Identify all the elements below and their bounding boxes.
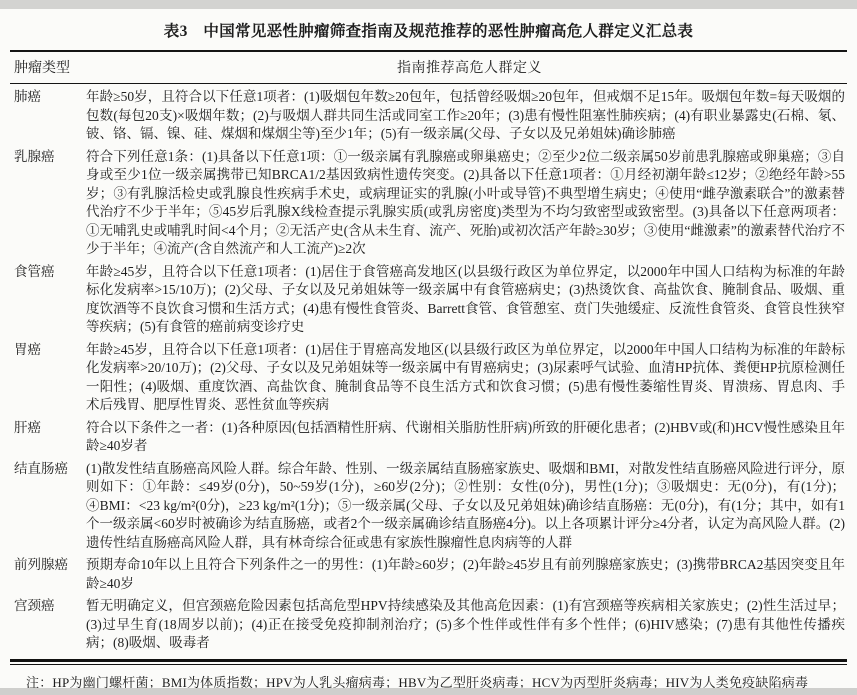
header-definition: 指南推荐高危人群定义: [92, 57, 847, 77]
table-page: 表3 中国常见恶性肿瘤筛查指南及规范推荐的恶性肿瘤高危人群定义汇总表 肿瘤类型 …: [0, 0, 857, 691]
tumor-type-cell: 肺癌: [10, 88, 86, 144]
tumor-type-cell: 食管癌: [10, 263, 86, 337]
definition-cell: 年龄≥50岁，且符合以下任意1项者：(1)吸烟包年数≥20包年，包括曾经吸烟≥2…: [86, 88, 847, 144]
table-header-row: 肿瘤类型 指南推荐高危人群定义: [10, 52, 847, 84]
tumor-type-cell: 宫颈癌: [10, 597, 86, 653]
table-body: 肺癌 年龄≥50岁，且符合以下任意1项者：(1)吸烟包年数≥20包年，包括曾经吸…: [10, 84, 847, 659]
tumor-type-cell: 结直肠癌: [10, 460, 86, 553]
table-row-colorectal-cancer: 结直肠癌 (1)散发性结直肠癌高风险人群。综合年龄、性别、一级亲属结直肠癌家族史…: [10, 460, 847, 553]
definition-cell: 年龄≥45岁，且符合以下任意1项者：(1)居住于食管癌高发地区(以县级行政区为单…: [86, 263, 847, 337]
definition-cell: 符合下列任意1条：(1)具备以下任意1项：①一级亲属有乳腺癌或卵巢癌史；②至少2…: [86, 148, 847, 259]
definition-cell: 暂无明确定义，但宫颈癌危险因素包括高危型HPV持续感染及其他高危因素：(1)有宫…: [86, 597, 847, 653]
table-row-prostate-cancer: 前列腺癌 预期寿命10年以上且符合下列条件之一的男性：(1)年龄≥60岁；(2)…: [10, 556, 847, 593]
tumor-type-cell: 胃癌: [10, 341, 86, 415]
scan-edge-top: [0, 0, 857, 9]
tumor-type-cell: 肝癌: [10, 419, 86, 456]
tumor-type-cell: 前列腺癌: [10, 556, 86, 593]
tumor-type-cell: 乳腺癌: [10, 148, 86, 259]
table-row-cervical-cancer: 宫颈癌 暂无明确定义，但宫颈癌危险因素包括高危型HPV持续感染及其他高危因素：(…: [10, 597, 847, 653]
definition-cell: 符合以下条件之一者：(1)各种原因(包括酒精性肝病、代谢相关脂肪性肝病)所致的肝…: [86, 419, 847, 456]
table-row-lung-cancer: 肺癌 年龄≥50岁，且符合以下任意1项者：(1)吸烟包年数≥20包年，包括曾经吸…: [10, 88, 847, 144]
scan-edge-bottom: [0, 688, 857, 695]
table-row-breast-cancer: 乳腺癌 符合下列任意1条：(1)具备以下任意1项：①一级亲属有乳腺癌或卵巢癌史；…: [10, 148, 847, 259]
definition-cell: 预期寿命10年以上且符合下列条件之一的男性：(1)年龄≥60岁；(2)年龄≥45…: [86, 556, 847, 593]
table-row-liver-cancer: 肝癌 符合以下条件之一者：(1)各种原因(包括酒精性肝病、代谢相关脂肪性肝病)所…: [10, 419, 847, 456]
table-row-esophageal-cancer: 食管癌 年龄≥45岁，且符合以下任意1项者：(1)居住于食管癌高发地区(以县级行…: [10, 263, 847, 337]
summary-table: 肿瘤类型 指南推荐高危人群定义 肺癌 年龄≥50岁，且符合以下任意1项者：(1)…: [10, 50, 847, 665]
header-tumor-type: 肿瘤类型: [10, 57, 92, 77]
definition-cell: (1)散发性结直肠癌高风险人群。综合年龄、性别、一级亲属结直肠癌家族史、吸烟和B…: [86, 460, 847, 553]
definition-cell: 年龄≥45岁，且符合以下任意1项者：(1)居住于胃癌高发地区(以县级行政区为单位…: [86, 341, 847, 415]
table-title: 表3 中国常见恶性肿瘤筛查指南及规范推荐的恶性肿瘤高危人群定义汇总表: [10, 13, 847, 50]
table-row-gastric-cancer: 胃癌 年龄≥45岁，且符合以下任意1项者：(1)居住于胃癌高发地区(以县级行政区…: [10, 341, 847, 415]
